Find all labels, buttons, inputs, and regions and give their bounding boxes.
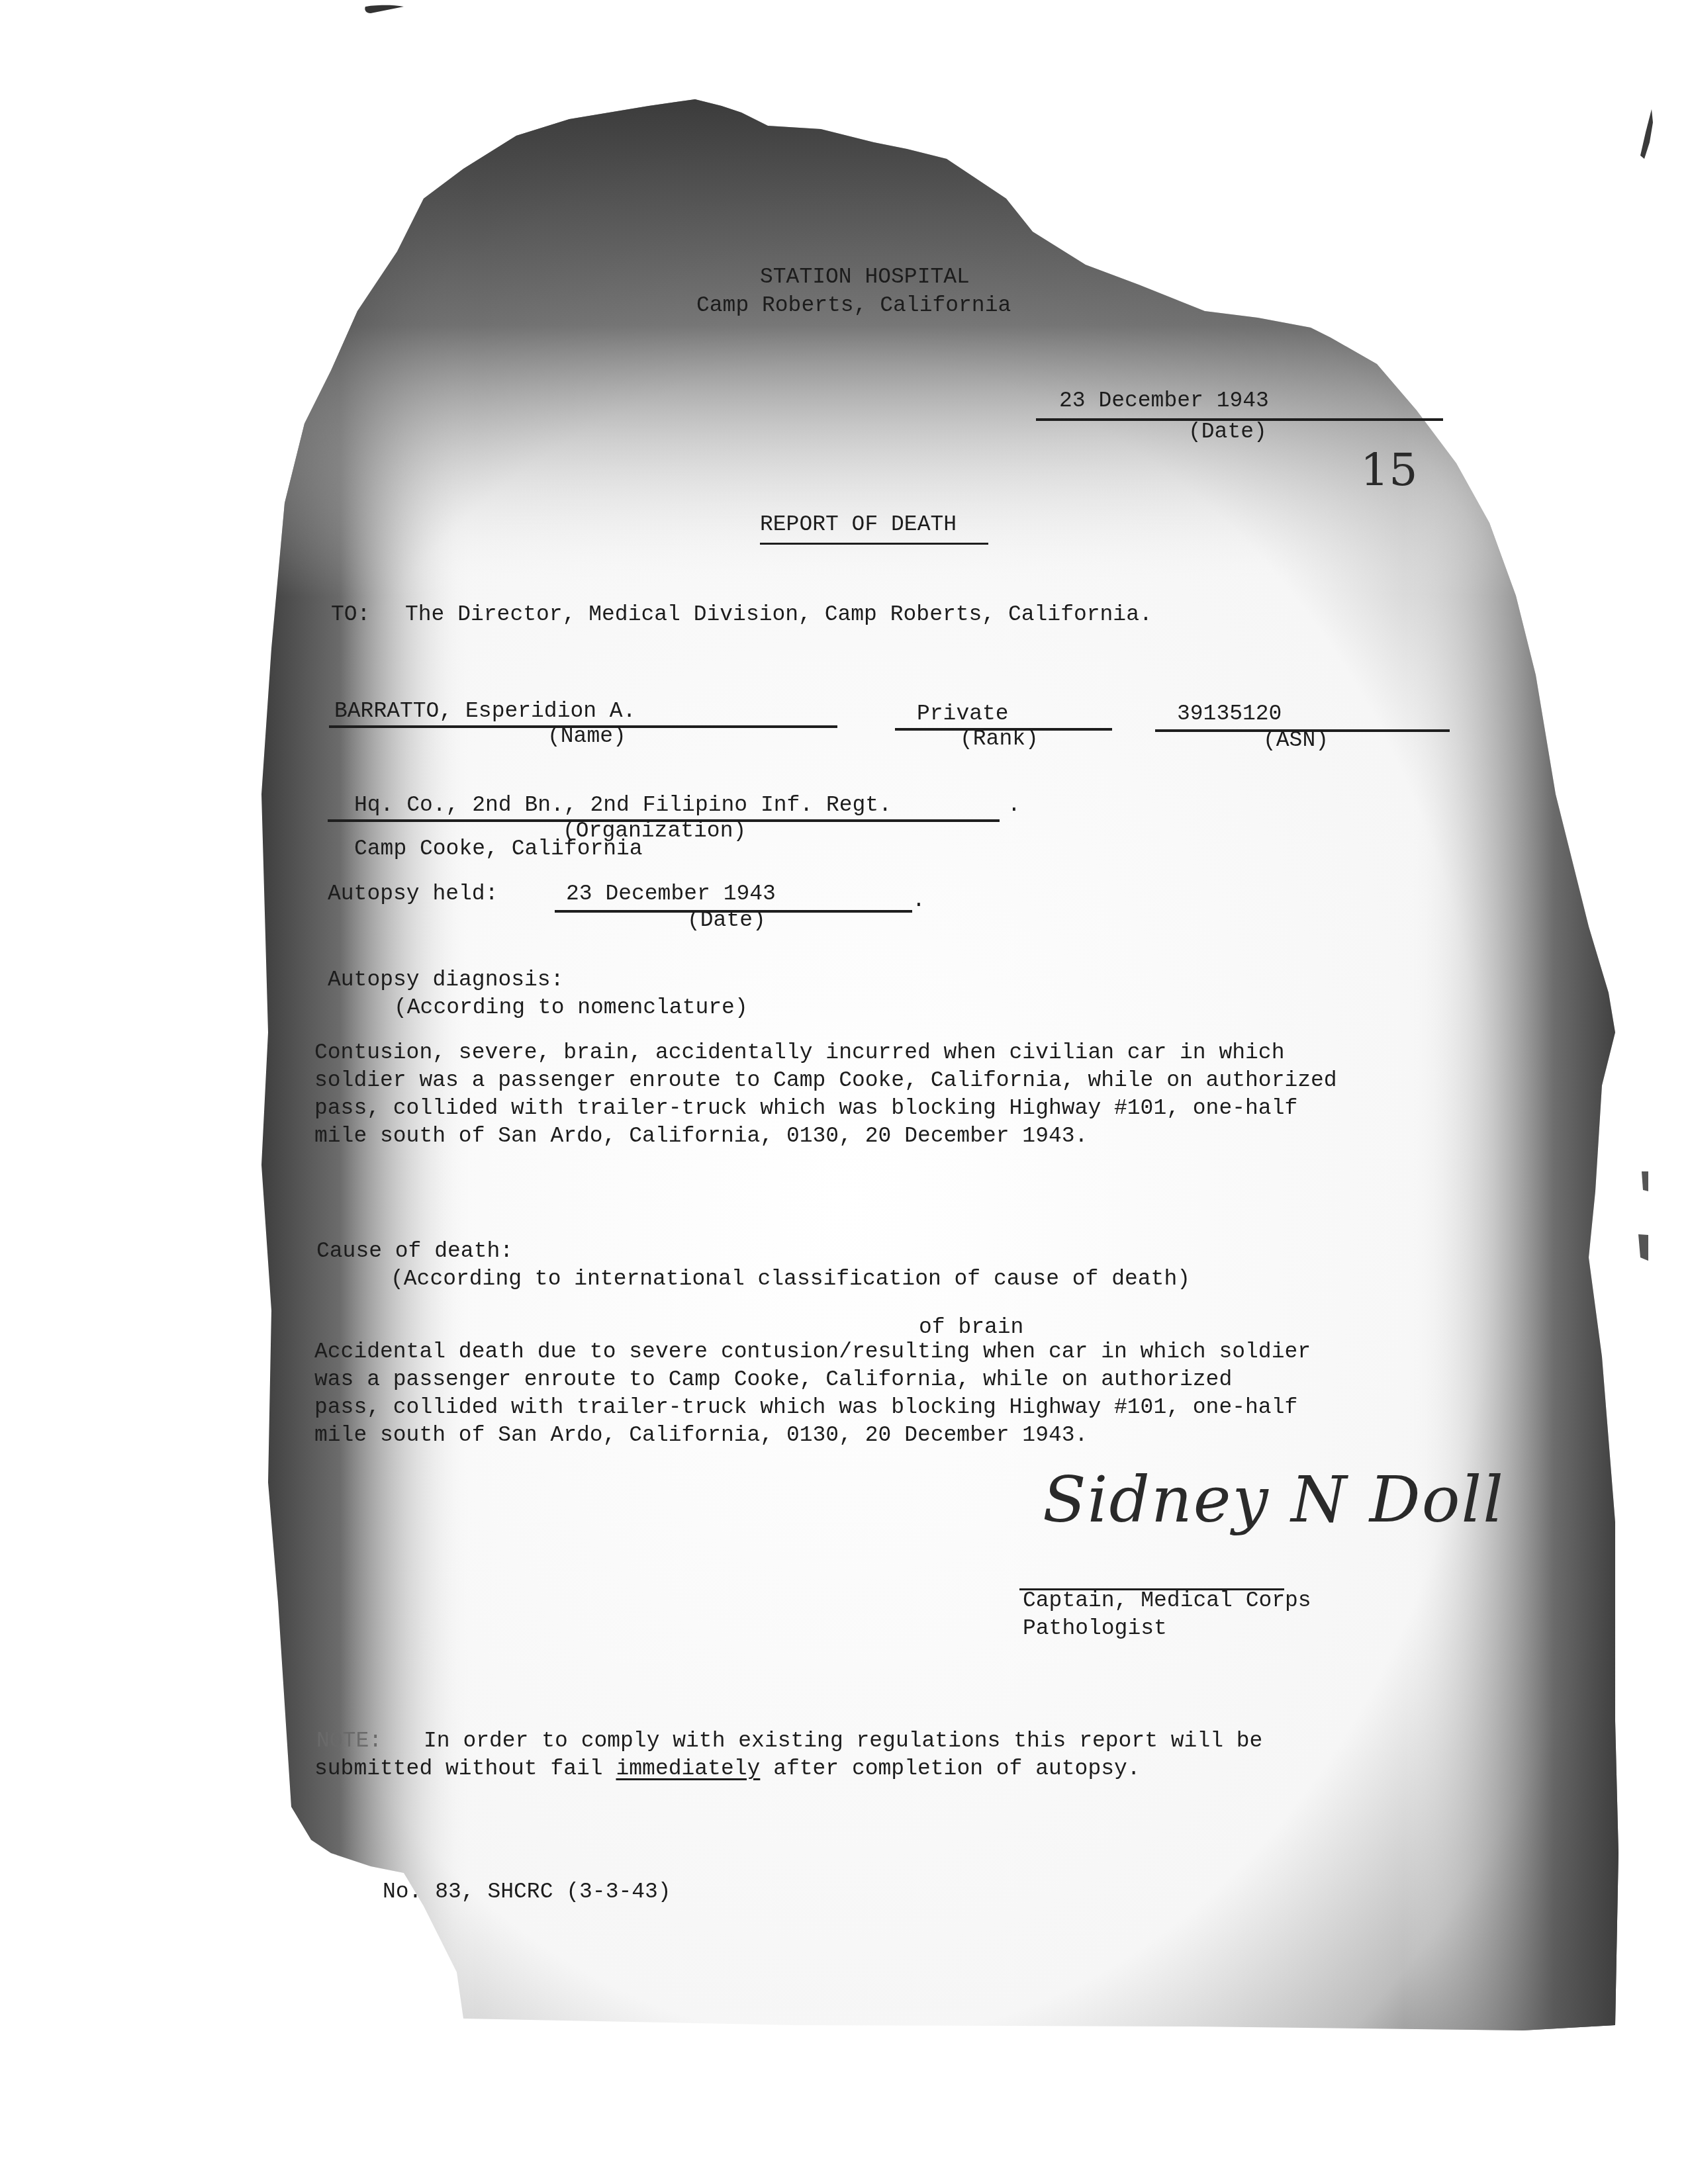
soldier-name-label: (Name) bbox=[547, 723, 626, 751]
report-date-label: (Date) bbox=[1188, 418, 1267, 446]
cause-of-death-line-4: mile south of San Ardo, California, 0130… bbox=[314, 1422, 1088, 1449]
signature-role: Pathologist bbox=[1023, 1615, 1167, 1643]
soldier-asn-label: (ASN) bbox=[1263, 727, 1329, 754]
autopsy-diagnosis-heading: Autopsy diagnosis: bbox=[328, 966, 563, 994]
soldier-rank-label: (Rank) bbox=[960, 725, 1039, 753]
note-label: NOTE: bbox=[316, 1727, 382, 1755]
pathologist-signature: Sidney N Doll bbox=[1043, 1486, 1505, 1514]
cause-of-death-line-3: pass, collided with trailer-truck which … bbox=[314, 1394, 1297, 1422]
cause-of-death-line-2: was a passenger enroute to Camp Cooke, C… bbox=[314, 1366, 1232, 1394]
cause-of-death-insertion: of brain bbox=[919, 1314, 1023, 1342]
organization-trailing-period: . bbox=[1008, 792, 1021, 819]
form-number: No. 83, SHCRC (3-3-43) bbox=[383, 1878, 671, 1906]
organization-value: Hq. Co., 2nd Bn., 2nd Filipino Inf. Regt… bbox=[354, 792, 892, 819]
organization-station: Camp Cooke, California bbox=[354, 835, 643, 863]
soldier-asn: 39135120 bbox=[1177, 700, 1282, 728]
cause-of-death-subheading: (According to international classificati… bbox=[391, 1265, 1190, 1293]
institution-location: Camp Roberts, California bbox=[696, 292, 1011, 320]
autopsy-diagnosis-line-1: Contusion, severe, brain, accidentally i… bbox=[314, 1039, 1284, 1067]
note-line-1: In order to comply with existing regulat… bbox=[424, 1727, 1262, 1755]
autopsy-held-date-label: (Date) bbox=[687, 907, 766, 934]
institution-heading: STATION HOSPITAL bbox=[760, 263, 970, 291]
note-line-2-start: submitted without fail bbox=[314, 1756, 616, 1781]
to-label: TO: bbox=[331, 601, 370, 629]
note-emphasis-immediately: immediately bbox=[616, 1756, 760, 1781]
to-recipient: The Director, Medical Division, Camp Rob… bbox=[405, 601, 1152, 629]
autopsy-held-date: 23 December 1943 bbox=[566, 880, 776, 908]
autopsy-held-label: Autopsy held: bbox=[328, 880, 498, 908]
signature-title: Captain, Medical Corps bbox=[1023, 1587, 1311, 1615]
autopsy-diagnosis-line-4: mile south of San Ardo, California, 0130… bbox=[314, 1122, 1088, 1150]
note-line-2: submitted without fail immediately after… bbox=[314, 1755, 1141, 1783]
autopsy-diagnosis-line-2: soldier was a passenger enroute to Camp … bbox=[314, 1067, 1337, 1095]
cause-of-death-line-1: Accidental death due to severe contusion… bbox=[314, 1338, 1311, 1366]
report-title: REPORT OF DEATH bbox=[760, 511, 957, 539]
autopsy-held-trailing-period: . bbox=[912, 887, 925, 915]
page-number-handwritten: 15 bbox=[1360, 457, 1418, 484]
autopsy-diagnosis-line-3: pass, collided with trailer-truck which … bbox=[314, 1095, 1297, 1122]
report-of-death-document: STATION HOSPITAL Camp Roberts, Californi… bbox=[0, 0, 1688, 2184]
soldier-rank: Private bbox=[917, 700, 1009, 728]
report-date-value: 23 December 1943 bbox=[1059, 387, 1269, 415]
soldier-name: BARRATTO, Esperidion A. bbox=[334, 698, 635, 725]
report-title-underline bbox=[760, 543, 988, 545]
cause-of-death-heading: Cause of death: bbox=[316, 1238, 513, 1265]
autopsy-diagnosis-subheading: (According to nomenclature) bbox=[394, 994, 748, 1022]
note-line-2-end: after completion of autopsy. bbox=[760, 1756, 1140, 1781]
